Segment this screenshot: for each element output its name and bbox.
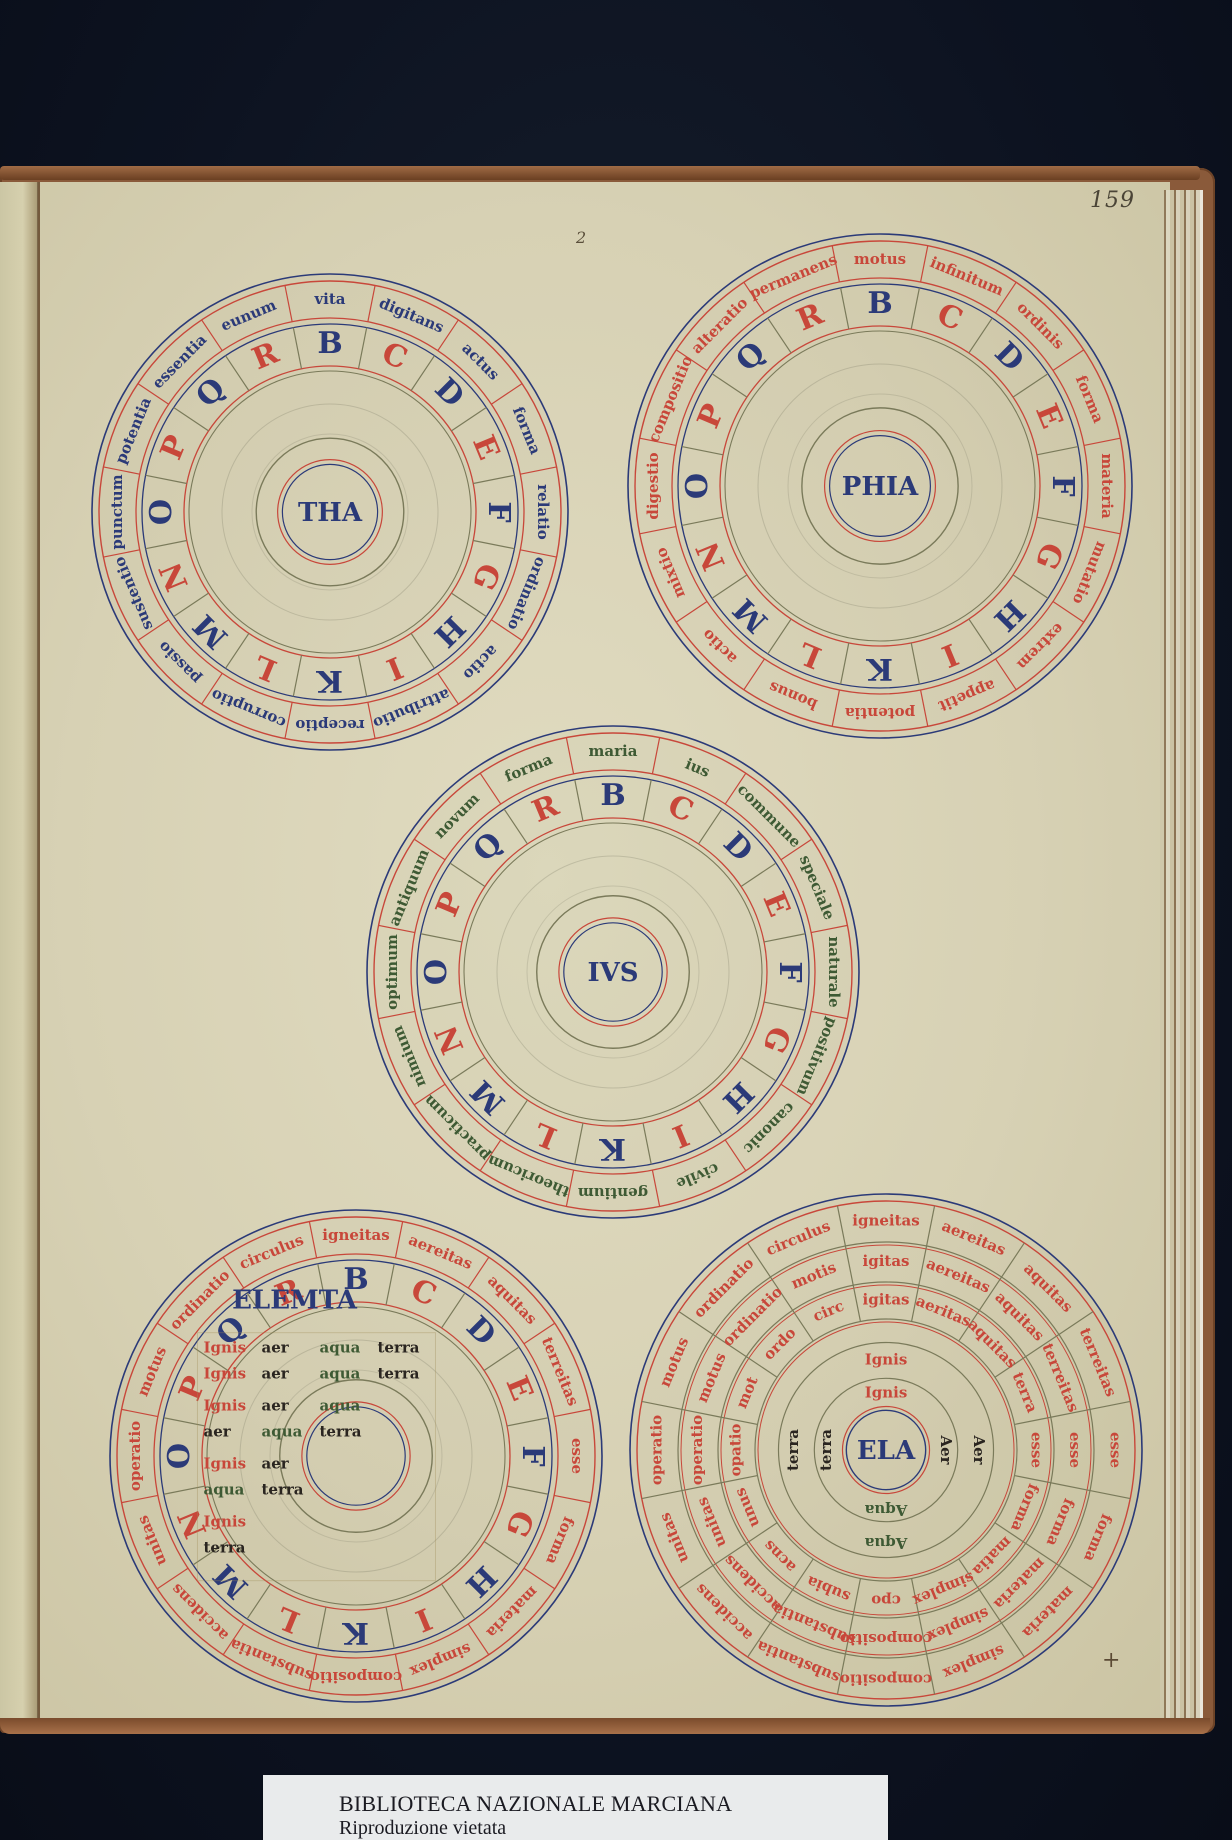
ring-word: esse [568, 1438, 586, 1474]
element-grid-cell: terra [319, 1423, 361, 1441]
rota-diagram-bottom-right: igneitasaereitasaquitasterreitasesseform… [610, 1174, 1162, 1726]
ring-word: igitas [863, 1252, 910, 1270]
ring-word: operatio [648, 1415, 666, 1485]
core-element-word: Aqua [864, 1534, 908, 1552]
ring-word: compositio [310, 1668, 402, 1686]
element-grid-cell: terra [261, 1481, 303, 1499]
alphabet-letter: F [1045, 475, 1080, 496]
ring-word: vita [313, 290, 345, 308]
ring-word: naturale [825, 936, 843, 1007]
alphabet-letter: K [316, 663, 343, 698]
ring-word: esse [1066, 1432, 1084, 1468]
element-grid-cell: Ignis [203, 1339, 246, 1357]
ring-word: igitas [863, 1291, 910, 1309]
element-grid-cell: Ignis [203, 1455, 246, 1473]
core-element-word: terra [817, 1429, 835, 1471]
ring-word: operatio [126, 1421, 144, 1491]
ring-word: esse [1107, 1432, 1125, 1468]
rota-diagram-middle: mariaiuscommunespecialenaturalepositivum… [347, 706, 879, 1238]
reproduction-notice: Riproduzione vietata [339, 1817, 506, 1840]
center-label: PHIA [842, 472, 919, 502]
alphabet-letter: O [680, 473, 715, 499]
element-grid-cell: aer [261, 1365, 289, 1383]
alphabet-letter: K [866, 651, 893, 686]
alphabet-letter: O [144, 499, 179, 525]
core-element-word: Ignis [865, 1384, 908, 1402]
alphabet-letter: B [867, 286, 892, 321]
facing-page-edge [0, 182, 38, 1722]
element-grid-cell: terra [203, 1539, 245, 1557]
rota-diagram-top-right: motusinfinitumordinisformamateriamutatio… [608, 214, 1152, 758]
element-grid-cell: aqua [203, 1481, 244, 1499]
element-grid-cell: Ignis [203, 1513, 246, 1531]
diagram-title: ELEMTA [232, 1285, 358, 1315]
ring-word: compositio [840, 1671, 932, 1689]
institution-name: BIBLIOTECA NAZIONALE MARCIANA [339, 1791, 732, 1817]
ring-word: motus [854, 250, 906, 268]
element-grid-cell: aqua [319, 1339, 360, 1357]
alphabet-letter: O [162, 1443, 197, 1469]
ring-word: optimum [383, 934, 401, 1010]
core-element-word: Aer [970, 1434, 988, 1465]
ring-word: igneitas [852, 1212, 919, 1230]
ring-word: relatio [534, 484, 552, 540]
element-grid-cell: aer [261, 1455, 289, 1473]
center-label: IVS [587, 958, 638, 988]
margin-mark: 2 [576, 228, 586, 247]
core-element-word: terra [784, 1429, 802, 1471]
element-grid-cell: aer [261, 1397, 289, 1415]
alphabet-letter: F [481, 501, 516, 522]
core-element-word: Aer [937, 1434, 955, 1465]
alphabet-letter: K [599, 1131, 626, 1166]
core-element-word: Aqua [864, 1501, 908, 1519]
ring-word: cpo [871, 1592, 901, 1610]
element-grid-cell: Ignis [203, 1365, 246, 1383]
alphabet-letter: F [515, 1445, 550, 1466]
ring-word: operatio [688, 1415, 706, 1485]
element-grid-cell: aer [261, 1339, 289, 1357]
alphabet-letter: B [600, 778, 625, 813]
element-grid-cell: aqua [261, 1423, 302, 1441]
core-element-word: Ignis [865, 1350, 908, 1368]
binding-top-edge [0, 166, 1200, 180]
caption-card: BIBLIOTECA NAZIONALE MARCIANA Riproduzio… [263, 1775, 888, 1840]
alphabet-letter: F [772, 961, 807, 982]
folio-number: 159 [1090, 188, 1135, 213]
ring-word: maria [589, 742, 638, 760]
ring-word: digestio [644, 452, 662, 519]
ring-word: materia [1098, 453, 1116, 519]
element-grid-cell: terra [377, 1365, 419, 1383]
page-stack-edge [1160, 190, 1203, 1720]
ring-word: opatio [727, 1424, 745, 1477]
center-label: ELA [857, 1436, 916, 1466]
ring-word: punctum [108, 474, 126, 549]
gutter [37, 182, 40, 1722]
element-grid-cell: aer [203, 1423, 231, 1441]
rota-diagram-bottom-left: igneitasaereitasaquitasterreitasesseform… [90, 1190, 622, 1722]
element-grid-cell: aqua [319, 1397, 360, 1415]
element-grid-cell: Ignis [203, 1397, 246, 1415]
element-grid-cell: aqua [319, 1365, 360, 1383]
center-label: THA [298, 498, 363, 528]
ring-word: esse [1028, 1432, 1046, 1468]
alphabet-letter: B [317, 326, 342, 361]
rota-diagram-top-left: vitadigitansactusformarelatioordinatioac… [72, 254, 588, 770]
alphabet-letter: K [342, 1615, 369, 1650]
element-grid-cell: terra [377, 1339, 419, 1357]
alphabet-letter: O [419, 959, 454, 985]
ring-word: igneitas [322, 1226, 389, 1244]
